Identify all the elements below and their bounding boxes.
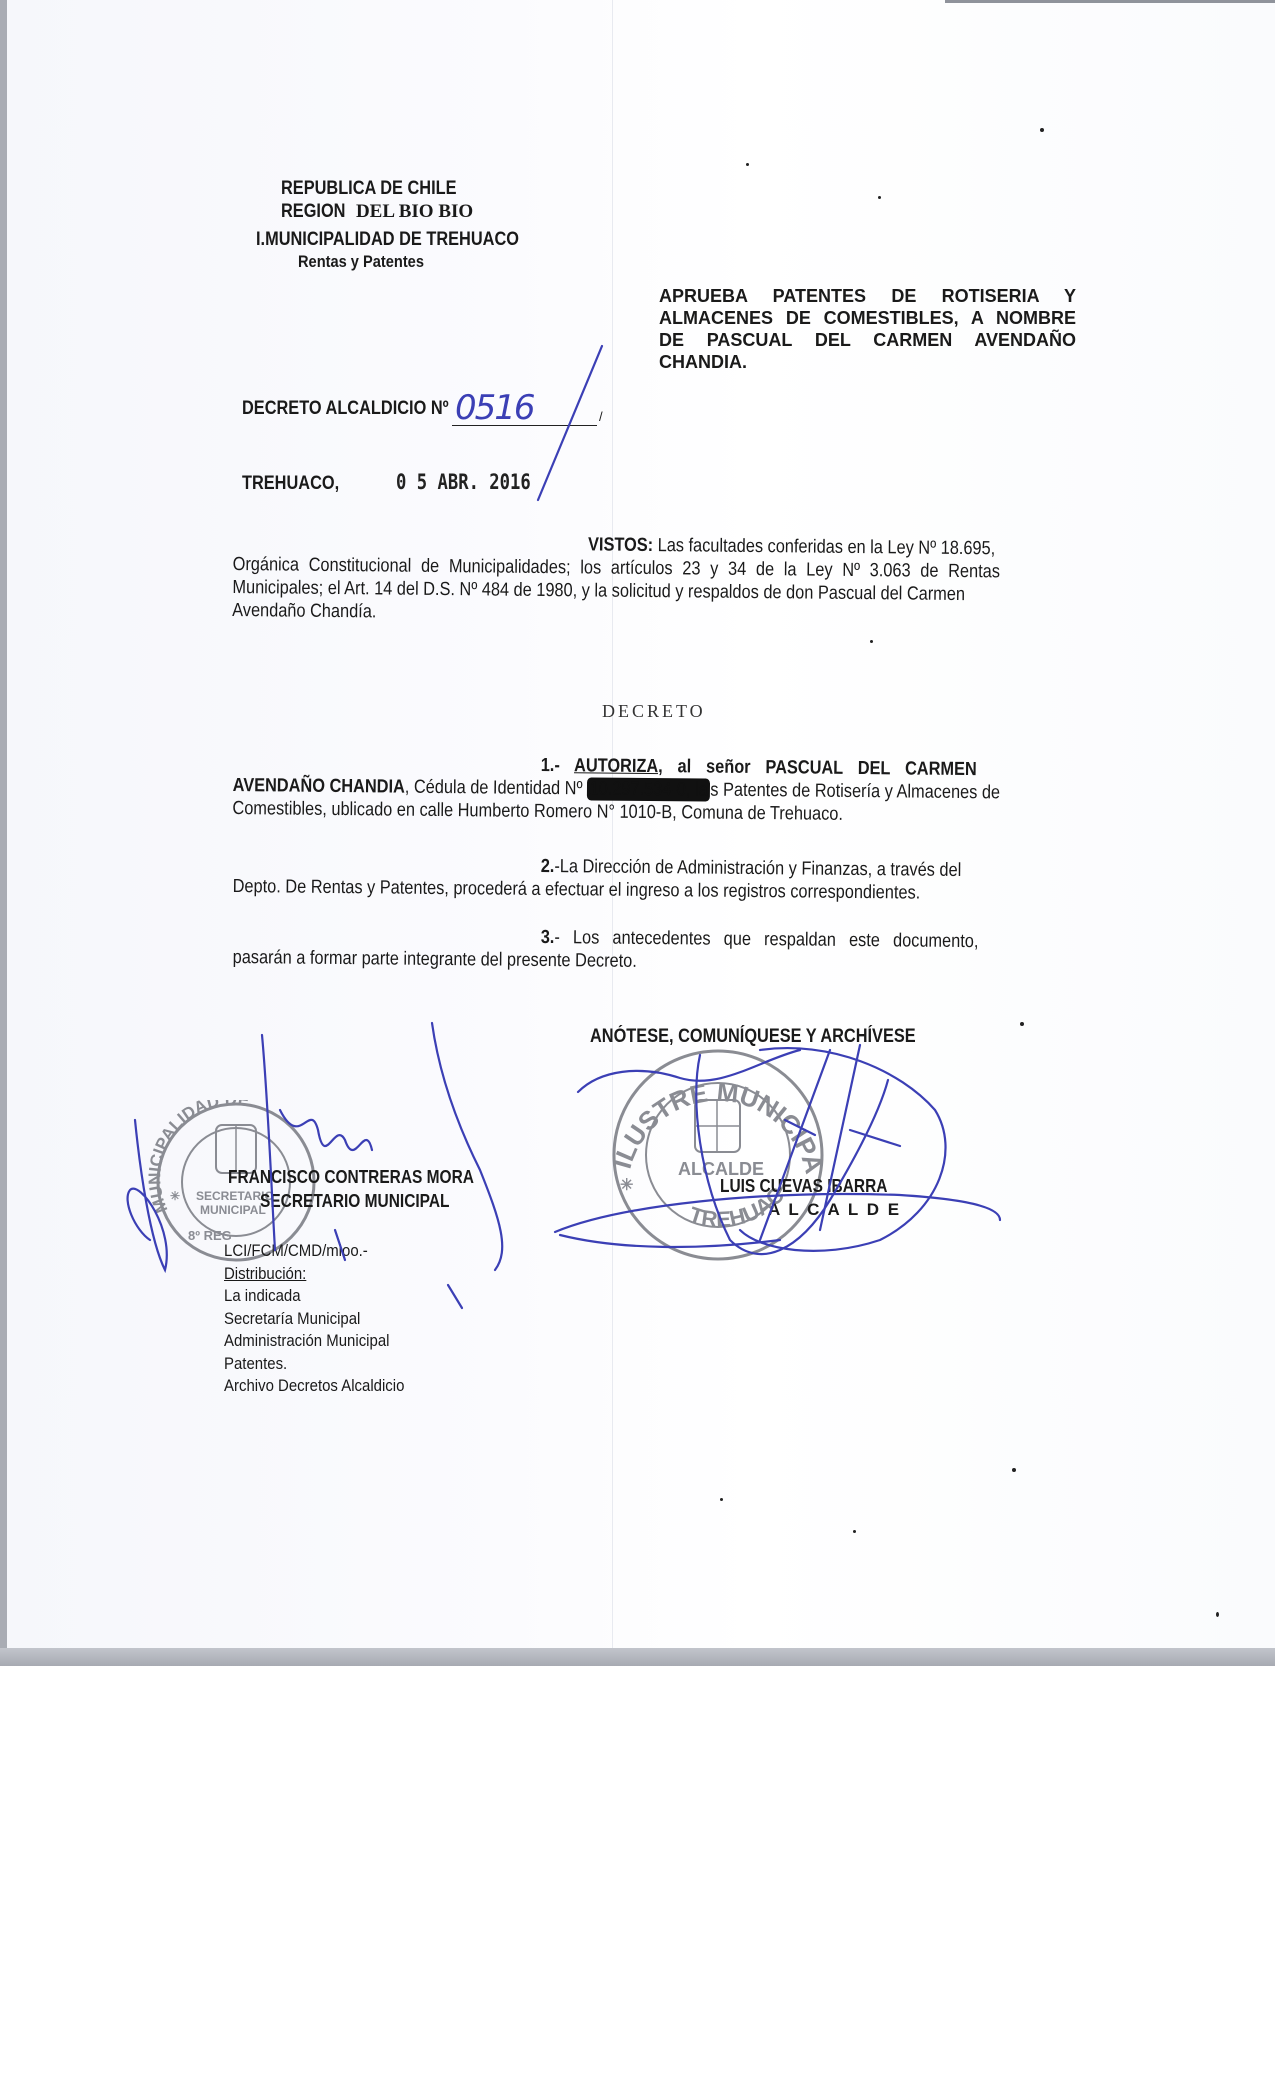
scan-speck bbox=[878, 196, 881, 199]
decree-slash-stroke bbox=[538, 346, 602, 500]
scan-speck bbox=[853, 1530, 856, 1533]
scan-speck bbox=[1040, 128, 1044, 132]
scan-speck bbox=[746, 163, 749, 166]
scan-speck bbox=[1216, 1612, 1219, 1617]
scan-speck bbox=[870, 640, 873, 643]
scan-speck bbox=[1012, 1468, 1016, 1472]
handwritten-signatures bbox=[0, 0, 1275, 1660]
scan-speck bbox=[720, 1498, 723, 1501]
scan-speck bbox=[1020, 1022, 1024, 1026]
